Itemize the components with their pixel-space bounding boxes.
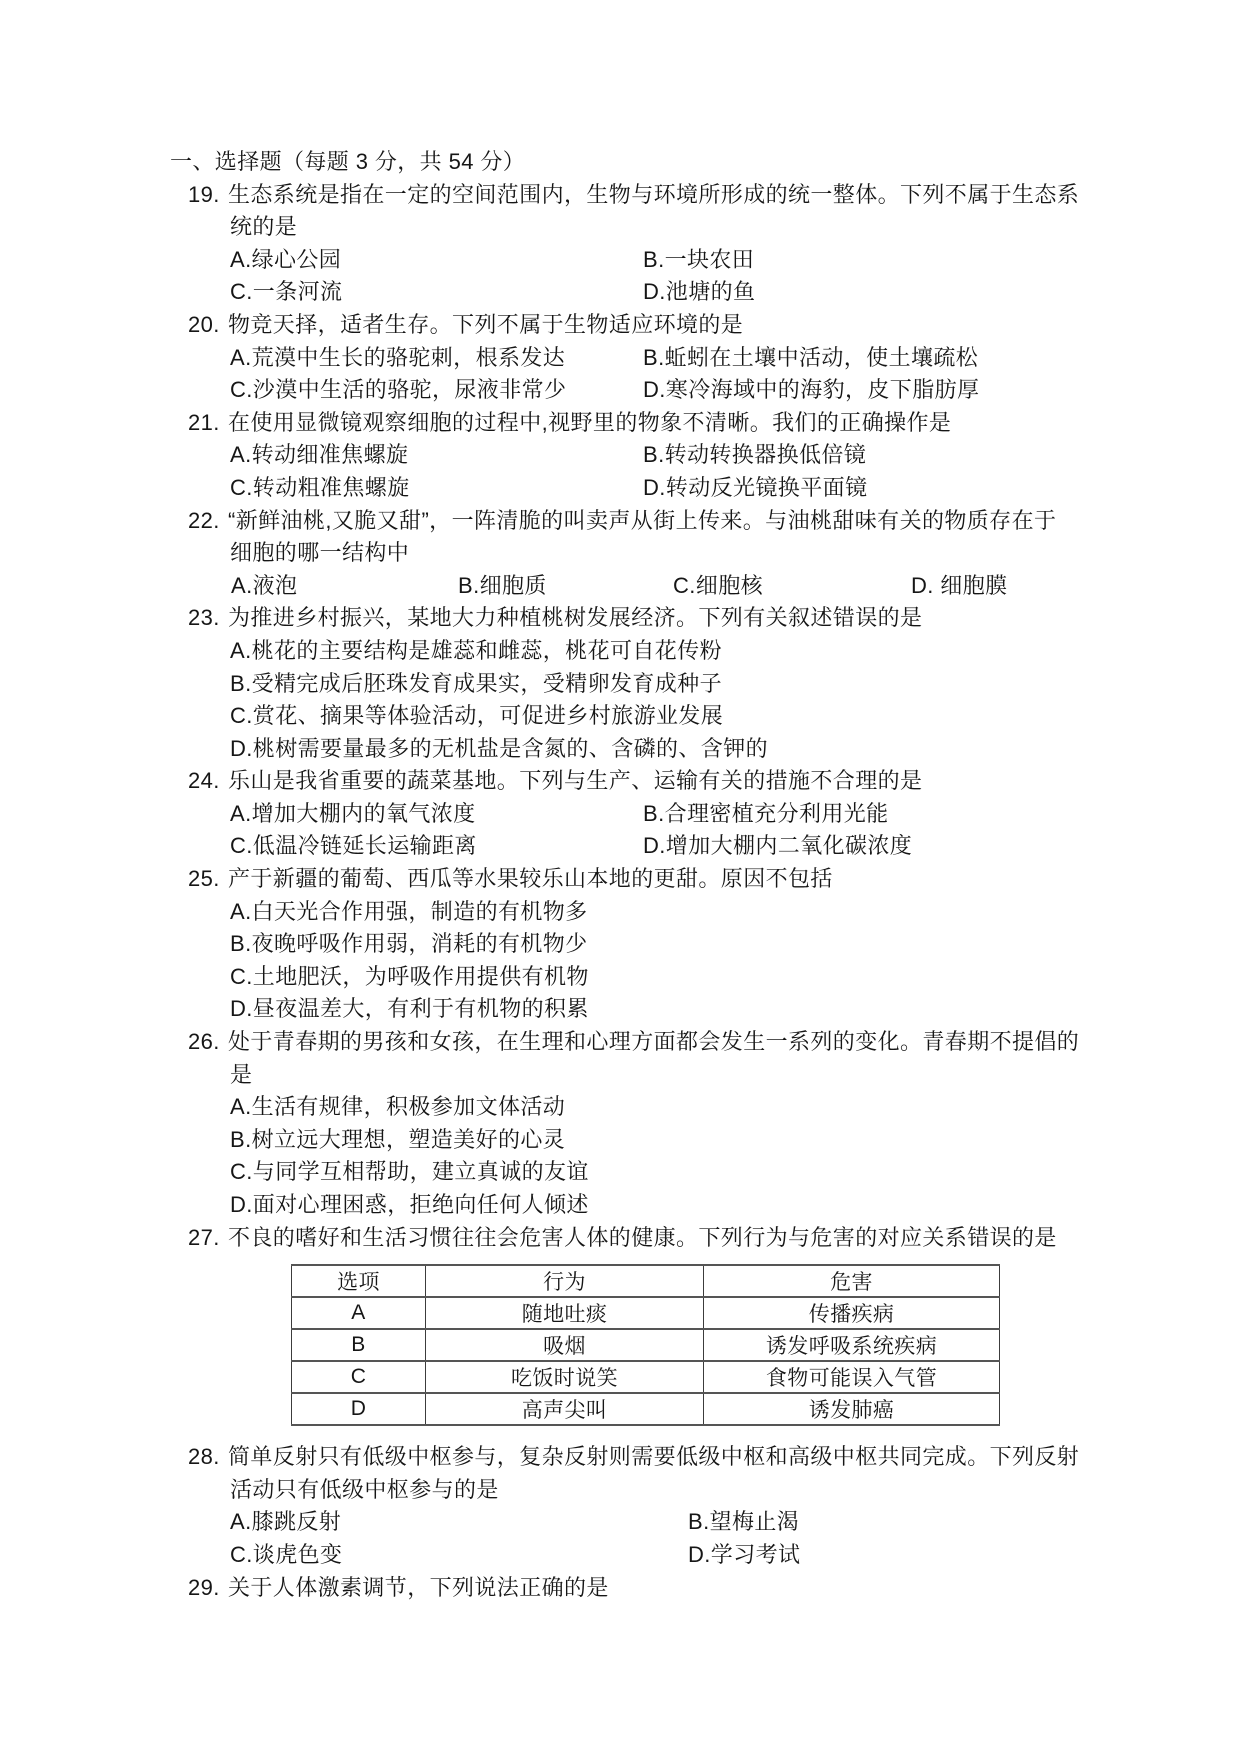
harm-table-header-option: 选项 <box>292 1265 426 1297</box>
question-28-option-b: B.望梅止渴 <box>688 1506 799 1539</box>
question-29-text: 关于人体激素调节，下列说法正确的是 <box>168 1572 1078 1605</box>
question-21-option-b: B.转动转换器换低倍镜 <box>643 439 866 472</box>
question-19-options-row1: A.绿心公园 B.一块农田 <box>168 244 1078 277</box>
question-19-option-d: D.池塘的鱼 <box>643 276 755 309</box>
question-25-option-b: B.夜晚呼吸作用弱，消耗的有机物少 <box>168 928 1078 961</box>
question-21-option-a: A.转动细准焦螺旋 <box>230 439 408 472</box>
question-20-options-row2: C.沙漠中生活的骆驼，尿液非常少 D.寒冷海域中的海豹，皮下脂肪厚 <box>168 374 1078 407</box>
question-22-option-c: C.细胞核 <box>673 570 763 603</box>
question-25-number: 25. <box>188 863 220 896</box>
exam-content: 一、选择题（每题 3 分，共 54 分） 19. 生态系统是指在一定的空间范围内… <box>168 146 1078 1604</box>
question-22-option-d: D. 细胞膜 <box>911 570 1008 603</box>
question-24-option-d: D.增加大棚内二氧化碳浓度 <box>643 830 912 863</box>
question-22-option-b: B.细胞质 <box>458 570 547 603</box>
question-23-number: 23. <box>188 602 220 635</box>
question-22-text: “新鲜油桃,又脆又甜”，一阵清脆的叫卖声从街上传来。与油桃甜味有关的物质存在于 <box>168 505 1078 538</box>
harm-table-cell: C <box>292 1361 426 1393</box>
question-19-option-a: A.绿心公园 <box>230 244 341 277</box>
question-20-option-d: D.寒冷海域中的海豹，皮下脂肪厚 <box>643 374 979 407</box>
harm-table-cell: D <box>292 1393 426 1425</box>
harm-table-cell: 食物可能误入气管 <box>704 1361 1000 1393</box>
question-21-options-row2: C.转动粗准焦螺旋 D.转动反光镜换平面镜 <box>168 472 1078 505</box>
question-28: 28. 简单反射只有低级中枢参与，复杂反射则需要低级中枢和高级中枢共同完成。下列… <box>168 1441 1078 1474</box>
question-22: 22. “新鲜油桃,又脆又甜”，一阵清脆的叫卖声从街上传来。与油桃甜味有关的物质… <box>168 505 1078 538</box>
harm-table-cell: 传播疾病 <box>704 1297 1000 1329</box>
question-26-option-b: B.树立远大理想，塑造美好的心灵 <box>168 1124 1078 1157</box>
question-20-text: 物竞天择，适者生存。下列不属于生物适应环境的是 <box>168 309 1078 342</box>
question-25-option-c: C.土地肥沃，为呼吸作用提供有机物 <box>168 961 1078 994</box>
question-21-option-c: C.转动粗准焦螺旋 <box>230 472 410 505</box>
question-22-option-a: A.液泡 <box>231 570 297 603</box>
question-23-text: 为推进乡村振兴，某地大力种植桃树发展经济。下列有关叙述错误的是 <box>168 602 1078 635</box>
question-19-number: 19. <box>188 179 220 212</box>
question-26-option-d: D.面对心理困惑，拒绝向任何人倾述 <box>168 1189 1078 1222</box>
question-26: 26. 处于青春期的男孩和女孩，在生理和心理方面都会发生一系列的变化。青春期不提… <box>168 1026 1078 1059</box>
question-19-options-row2: C.一条河流 D.池塘的鱼 <box>168 276 1078 309</box>
question-28-options-row1: A.膝跳反射 B.望梅止渴 <box>168 1506 1078 1539</box>
question-20-number: 20. <box>188 309 220 342</box>
harm-table-row-b: B 吸烟 诱发呼吸系统疾病 <box>292 1329 1000 1361</box>
harm-table-row-d: D 高声尖叫 诱发肺癌 <box>292 1393 1000 1425</box>
question-20: 20. 物竞天择，适者生存。下列不属于生物适应环境的是 <box>168 309 1078 342</box>
harm-table-header-harm: 危害 <box>704 1265 1000 1297</box>
question-26-number: 26. <box>188 1026 220 1059</box>
question-24-option-b: B.合理密植充分利用光能 <box>643 798 889 831</box>
question-28-text-cont: 活动只有低级中枢参与的是 <box>168 1474 1078 1507</box>
question-19-text: 生态系统是指在一定的空间范围内，生物与环境所形成的统一整体。下列不属于生态系 <box>168 179 1078 212</box>
question-22-number: 22. <box>188 505 220 538</box>
question-19-option-c: C.一条河流 <box>230 276 342 309</box>
harm-table-row-c: C 吃饭时说笑 食物可能误入气管 <box>292 1361 1000 1393</box>
question-23-option-a: A.桃花的主要结构是雄蕊和雌蕊，桃花可自花传粉 <box>168 635 1078 668</box>
question-20-option-b: B.蚯蚓在土壤中活动，使土壤疏松 <box>643 342 978 375</box>
question-26-text-cont: 是 <box>168 1059 1078 1092</box>
question-29-number: 29. <box>188 1572 220 1605</box>
exam-page: 一、选择题（每题 3 分，共 54 分） 19. 生态系统是指在一定的空间范围内… <box>0 0 1240 1753</box>
question-26-text: 处于青春期的男孩和女孩，在生理和心理方面都会发生一系列的变化。青春期不提倡的 <box>168 1026 1078 1059</box>
question-25-text: 产于新疆的葡萄、西瓜等水果较乐山本地的更甜。原因不包括 <box>168 863 1078 896</box>
question-22-text-cont: 细胞的哪一结构中 <box>168 537 1078 570</box>
question-24-option-a: A.增加大棚内的氧气浓度 <box>230 798 476 831</box>
question-19: 19. 生态系统是指在一定的空间范围内，生物与环境所形成的统一整体。下列不属于生… <box>168 179 1078 212</box>
question-21-text: 在使用显微镜观察细胞的过程中,视野里的物象不清晰。我们的正确操作是 <box>168 407 1078 440</box>
question-26-option-a: A.生活有规律，积极参加文体活动 <box>168 1091 1078 1124</box>
question-24-number: 24. <box>188 765 220 798</box>
question-19-text-cont: 统的是 <box>168 211 1078 244</box>
question-28-number: 28. <box>188 1441 220 1474</box>
question-28-option-c: C.谈虎色变 <box>230 1539 342 1572</box>
question-24-options-row1: A.增加大棚内的氧气浓度 B.合理密植充分利用光能 <box>168 798 1078 831</box>
question-21-options-row1: A.转动细准焦螺旋 B.转动转换器换低倍镜 <box>168 439 1078 472</box>
question-23-option-c: C.赏花、摘果等体验活动，可促进乡村旅游业发展 <box>168 700 1078 733</box>
question-24-option-c: C.低温冷链延长运输距离 <box>230 830 477 863</box>
question-25-option-a: A.白天光合作用强，制造的有机物多 <box>168 896 1078 929</box>
harm-table-row-a: A 随地吐痰 传播疾病 <box>292 1297 1000 1329</box>
question-25: 25. 产于新疆的葡萄、西瓜等水果较乐山本地的更甜。原因不包括 <box>168 863 1078 896</box>
question-20-option-c: C.沙漠中生活的骆驼，尿液非常少 <box>230 374 566 407</box>
question-28-text: 简单反射只有低级中枢参与，复杂反射则需要低级中枢和高级中枢共同完成。下列反射 <box>168 1441 1078 1474</box>
question-21-option-d: D.转动反光镜换平面镜 <box>643 472 867 505</box>
question-20-options-row1: A.荒漠中生长的骆驼刺，根系发达 B.蚯蚓在土壤中活动，使土壤疏松 <box>168 342 1078 375</box>
section-title: 一、选择题（每题 3 分，共 54 分） <box>168 146 1078 179</box>
question-19-option-b: B.一块农田 <box>643 244 754 277</box>
question-23-option-d: D.桃树需要量最多的无机盐是含氮的、含磷的、含钾的 <box>168 733 1078 766</box>
harm-table-cell: 诱发肺癌 <box>704 1393 1000 1425</box>
harm-table-cell: 吸烟 <box>426 1329 704 1361</box>
question-23: 23. 为推进乡村振兴，某地大力种植桃树发展经济。下列有关叙述错误的是 <box>168 602 1078 635</box>
question-24: 24. 乐山是我省重要的蔬菜基地。下列与生产、运输有关的措施不合理的是 <box>168 765 1078 798</box>
question-24-options-row2: C.低温冷链延长运输距离 D.增加大棚内二氧化碳浓度 <box>168 830 1078 863</box>
question-27-text: 不良的嗜好和生活习惯往往会危害人体的健康。下列行为与危害的对应关系错误的是 <box>168 1222 1078 1255</box>
question-28-options-row2: C.谈虎色变 D.学习考试 <box>168 1539 1078 1572</box>
harm-table-cell: 吃饭时说笑 <box>426 1361 704 1393</box>
harm-behavior-table: 选项 行为 危害 A 随地吐痰 传播疾病 B 吸烟 诱发呼吸系统疾病 C 吃饭时… <box>291 1264 1000 1426</box>
question-20-option-a: A.荒漠中生长的骆驼刺，根系发达 <box>230 342 565 375</box>
harm-table-cell: B <box>292 1329 426 1361</box>
harm-table-header-row: 选项 行为 危害 <box>292 1265 1000 1297</box>
question-24-text: 乐山是我省重要的蔬菜基地。下列与生产、运输有关的措施不合理的是 <box>168 765 1078 798</box>
question-21: 21. 在使用显微镜观察细胞的过程中,视野里的物象不清晰。我们的正确操作是 <box>168 407 1078 440</box>
question-27-number: 27. <box>188 1222 220 1255</box>
question-28-option-a: A.膝跳反射 <box>230 1506 341 1539</box>
harm-table-cell: 诱发呼吸系统疾病 <box>704 1329 1000 1361</box>
question-29: 29. 关于人体激素调节，下列说法正确的是 <box>168 1572 1078 1605</box>
question-23-option-b: B.受精完成后胚珠发育成果实，受精卵发育成种子 <box>168 668 1078 701</box>
question-26-option-c: C.与同学互相帮助，建立真诚的友谊 <box>168 1156 1078 1189</box>
harm-table-cell: 随地吐痰 <box>426 1297 704 1329</box>
question-21-number: 21. <box>188 407 220 440</box>
question-25-option-d: D.昼夜温差大，有利于有机物的积累 <box>168 993 1078 1026</box>
question-28-option-d: D.学习考试 <box>688 1539 800 1572</box>
harm-table-header-behavior: 行为 <box>426 1265 704 1297</box>
harm-table-cell: 高声尖叫 <box>426 1393 704 1425</box>
question-27: 27. 不良的嗜好和生活习惯往往会危害人体的健康。下列行为与危害的对应关系错误的… <box>168 1222 1078 1255</box>
question-22-options-row: A.液泡 B.细胞质 C.细胞核 D. 细胞膜 <box>168 570 1078 603</box>
harm-table-cell: A <box>292 1297 426 1329</box>
